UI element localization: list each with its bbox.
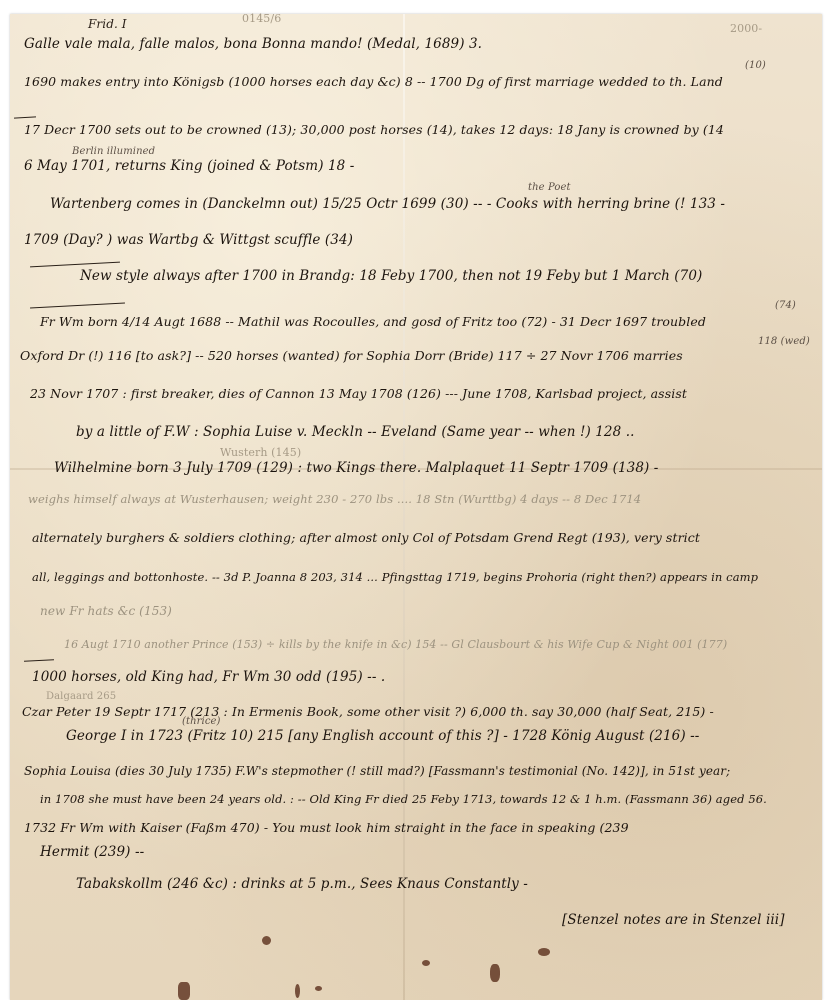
- section-rule: [24, 659, 54, 662]
- section-rule: [30, 303, 125, 309]
- line-annotation: (74): [775, 300, 796, 311]
- faint-pencil-line: 16 Augt 1710 another Prince (153) ÷ kill…: [64, 638, 727, 651]
- manuscript-page: Frid. I 0145/6 2000- Galle vale mala, fa…: [10, 14, 822, 1000]
- line-annotation: (thrice): [182, 716, 221, 727]
- manuscript-line: Sophia Louisa (dies 30 July 1735) F.W's …: [24, 764, 730, 778]
- manuscript-line: 17 Decr 1700 sets out to be crowned (13)…: [24, 122, 724, 137]
- ink-stain: [295, 984, 300, 998]
- ink-stain: [178, 982, 190, 1000]
- heading-note: Frid. I: [88, 17, 127, 31]
- archive-number: 0145/6: [242, 12, 281, 25]
- price-mark: 2000-: [730, 22, 762, 35]
- line-annotation: the Poet: [528, 182, 571, 193]
- manuscript-line: 23 Novr 1707 : first breaker, dies of Ca…: [30, 386, 687, 401]
- manuscript-line: Fr Wm born 4/14 Augt 1688 -- Mathil was …: [40, 314, 706, 329]
- line-annotation: Wusterh (145): [220, 446, 301, 459]
- ink-stain: [422, 960, 430, 966]
- manuscript-line: Tabakskollm (246 &c) : drinks at 5 p.m.,…: [76, 876, 528, 892]
- margin-rule: [14, 116, 36, 118]
- manuscript-line: Oxford Dr (!) 116 [to ask?] -- 520 horse…: [20, 348, 683, 363]
- manuscript-line: Wilhelmine born 3 July 1709 (129) : two …: [54, 460, 658, 476]
- faint-pencil-line: new Fr hats &c (153): [40, 604, 172, 618]
- manuscript-line: New style always after 1700 in Brandg: 1…: [80, 268, 702, 284]
- line-annotation: Berlin illumined: [72, 146, 155, 157]
- manuscript-line: 1000 horses, old King had, Fr Wm 30 odd …: [32, 669, 385, 685]
- manuscript-line: all, leggings and bottonhoste. -- 3d P. …: [32, 570, 758, 584]
- faint-pencil-line: weighs himself always at Wusterhausen; w…: [28, 492, 641, 506]
- manuscript-line: in 1708 she must have been 24 years old.…: [40, 792, 767, 806]
- manuscript-line: 6 May 1701, returns King (joined & Potsm…: [24, 158, 354, 174]
- ink-stain: [538, 948, 550, 956]
- line-annotation: Dalgaard 265: [46, 691, 116, 702]
- manuscript-line: Hermit (239) --: [40, 844, 144, 860]
- manuscript-line: 1690 makes entry into Königsb (1000 hors…: [24, 74, 723, 89]
- manuscript-line: George I in 1723 (Fritz 10) 215 [any Eng…: [66, 728, 699, 744]
- manuscript-line: Czar Peter 19 Septr 1717 (213 : In Ermen…: [22, 704, 714, 719]
- ink-stain: [490, 964, 500, 982]
- manuscript-line: Galle vale mala, falle malos, bona Bonna…: [24, 36, 482, 52]
- manuscript-line: 1709 (Day? ) was Wartbg & Wittgst scuffl…: [24, 232, 353, 248]
- manuscript-line: by a little of F.W : Sophia Luise v. Mec…: [76, 424, 634, 440]
- manuscript-line: Wartenberg comes in (Danckelmn out) 15/2…: [50, 196, 725, 212]
- paper-fold-vertical: [403, 14, 405, 1000]
- manuscript-line: alternately burghers & soldiers clothing…: [32, 530, 700, 545]
- ink-stain: [262, 936, 271, 945]
- manuscript-line: 1732 Fr Wm with Kaiser (Faßm 470) - You …: [24, 820, 629, 835]
- line-annotation: (10): [745, 60, 766, 71]
- ink-stain: [315, 986, 322, 991]
- section-rule: [30, 262, 120, 268]
- closing-bracket-note: [Stenzel notes are in Stenzel iii]: [562, 912, 785, 928]
- line-annotation: 118 (wed): [758, 336, 810, 347]
